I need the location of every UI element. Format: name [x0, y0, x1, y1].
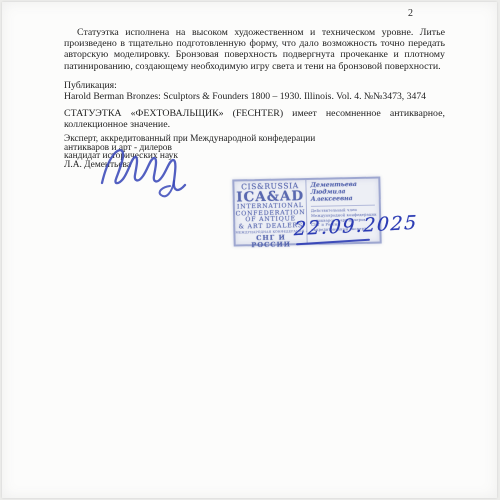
- publication-reference: Harold Berman Bronzes: Sculptors & Found…: [64, 91, 445, 102]
- document-page: 2 Статуэтка исполнена на высоком художес…: [2, 2, 497, 498]
- conclusion-line-2: коллекционное значение.: [64, 119, 170, 130]
- conclusion-word: имеет: [292, 108, 317, 119]
- publications-label: Публикация:: [64, 80, 117, 91]
- conclusion-word: несомненное: [326, 108, 381, 119]
- conclusion-line-1: СТАТУЭТКА «ФЕХТОВАЛЬЩИК» (FECHTER) имеет…: [64, 108, 445, 119]
- conclusion-word: антикварное,: [390, 108, 445, 119]
- appraisal-paragraph: Статуэтка исполнена на высоком художеств…: [64, 27, 445, 72]
- stamp-expert-given-names: Людмила Алексеевна: [311, 188, 377, 203]
- handwritten-signature-icon: [98, 143, 194, 199]
- conclusion-word: СТАТУЭТКА: [64, 108, 122, 119]
- stamp-divider: [311, 204, 375, 206]
- conclusion-word: «ФЕХТОВАЛЬЩИК»: [131, 108, 224, 119]
- scanned-document: 2 Статуэтка исполнена на высоком художес…: [0, 0, 500, 500]
- conclusion-word: (FECHTER): [233, 108, 283, 119]
- page-number: 2: [408, 8, 413, 19]
